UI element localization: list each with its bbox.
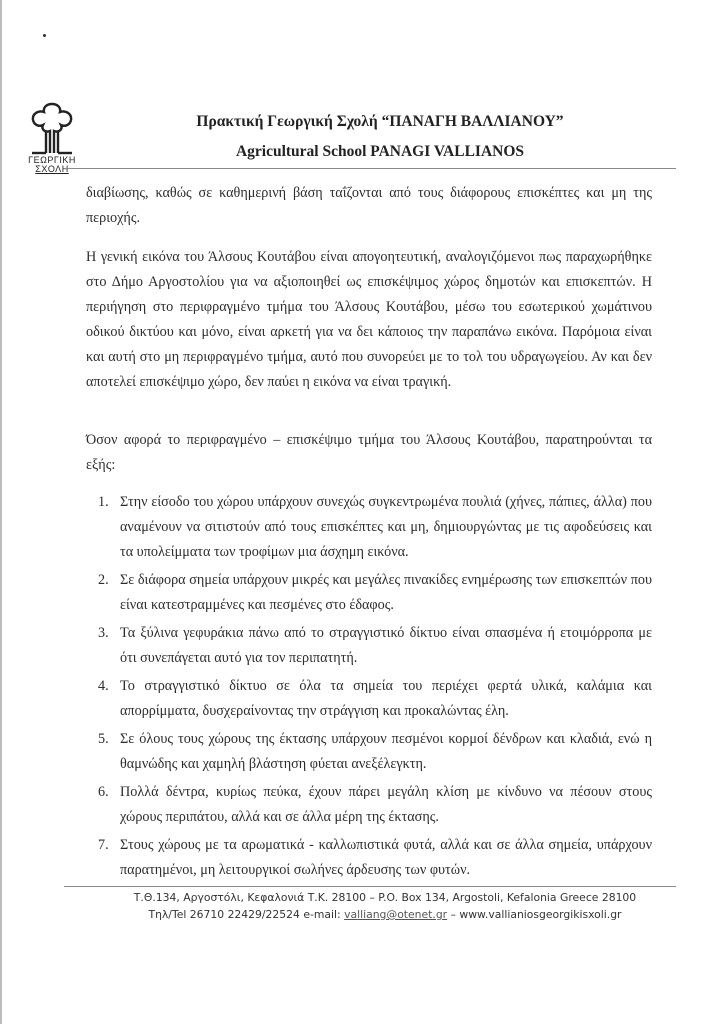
footer-contact: Τηλ/Tel 26710 22429/22524 e-mail: vallia… bbox=[0, 908, 727, 921]
list-item: 7.Στους χώρους με τα αρωματικά - καλλωπι… bbox=[120, 833, 652, 883]
list-item-number: 4. bbox=[98, 674, 109, 699]
school-name-english: Agricultural School PANAGI VALLIANOS bbox=[0, 143, 727, 161]
list-item: 2.Σε διάφορα σημεία υπάρχουν μικρές και … bbox=[120, 568, 652, 618]
header-divider bbox=[64, 168, 676, 169]
list-item-text: Σε διάφορα σημεία υπάρχουν μικρές και με… bbox=[120, 572, 652, 613]
list-item-text: Το στραγγιστικό δίκτυο σε όλα τα σημεία … bbox=[120, 678, 652, 719]
paragraph-general-impression: Η γενική εικόνα του Άλσους Κουτάβου είνα… bbox=[86, 245, 652, 395]
list-item-number: 2. bbox=[98, 568, 109, 593]
list-item-number: 7. bbox=[98, 833, 109, 858]
list-item-number: 3. bbox=[98, 621, 109, 646]
website-link[interactable]: www.vallianiosgeorgikisxoli.gr bbox=[459, 908, 621, 921]
paragraph-continuation: διαβίωσης, καθώς σε καθημερινή βάση ταΐζ… bbox=[86, 181, 652, 231]
list-item-number: 6. bbox=[98, 780, 109, 805]
school-name-greek: Πρακτική Γεωργική Σχολή “ΠΑΝΑΓΗ ΒΑΛΛΙΑΝΟ… bbox=[0, 113, 727, 131]
list-item: 3.Τα ξύλινα γεφυράκια πάνω από το στραγγ… bbox=[120, 621, 652, 671]
footer-phone: Τηλ/Tel 26710 22429/22524 e-mail: bbox=[148, 908, 344, 921]
scan-speck bbox=[43, 34, 46, 37]
observations-list: 1.Στην είσοδο του χώρου υπάρχουν συνεχώς… bbox=[86, 490, 652, 886]
list-item-number: 5. bbox=[98, 727, 109, 752]
footer-separator: – bbox=[447, 908, 459, 921]
list-item-text: Στους χώρους με τα αρωματικά - καλλωπιστ… bbox=[120, 837, 652, 878]
footer-address: Τ.Θ.134, Αργοστόλι, Κεφαλονιά Τ.Κ. 28100… bbox=[0, 891, 727, 904]
list-item: 1.Στην είσοδο του χώρου υπάρχουν συνεχώς… bbox=[120, 490, 652, 565]
list-item-text: Τα ξύλινα γεφυράκια πάνω από το στραγγισ… bbox=[120, 625, 652, 666]
list-item-text: Πολλά δέντρα, κυρίως πεύκα, έχουν πάρει … bbox=[120, 784, 652, 825]
logo-text-line2: ΣΧΟΛΗ bbox=[24, 165, 80, 174]
list-item: 5.Σε όλους τους χώρους της έκτασης υπάρχ… bbox=[120, 727, 652, 777]
list-item-text: Σε όλους τους χώρους της έκτασης υπάρχου… bbox=[120, 731, 652, 772]
paragraph-observations-intro: Όσον αφορά το περιφραγμένο – επισκέψιμο … bbox=[86, 428, 652, 478]
school-logo: ΓΕΩΡΓΙΚΗ ΣΧΟΛΗ bbox=[24, 100, 80, 178]
list-item-text: Στην είσοδο του χώρου υπάρχουν συνεχώς σ… bbox=[120, 494, 652, 560]
list-item: 6.Πολλά δέντρα, κυρίως πεύκα, έχουν πάρε… bbox=[120, 780, 652, 830]
list-item: 4.Το στραγγιστικό δίκτυο σε όλα τα σημεί… bbox=[120, 674, 652, 724]
footer-divider bbox=[64, 886, 676, 887]
list-item-number: 1. bbox=[98, 490, 109, 515]
email-link[interactable]: valliang@otenet.gr bbox=[344, 908, 447, 921]
